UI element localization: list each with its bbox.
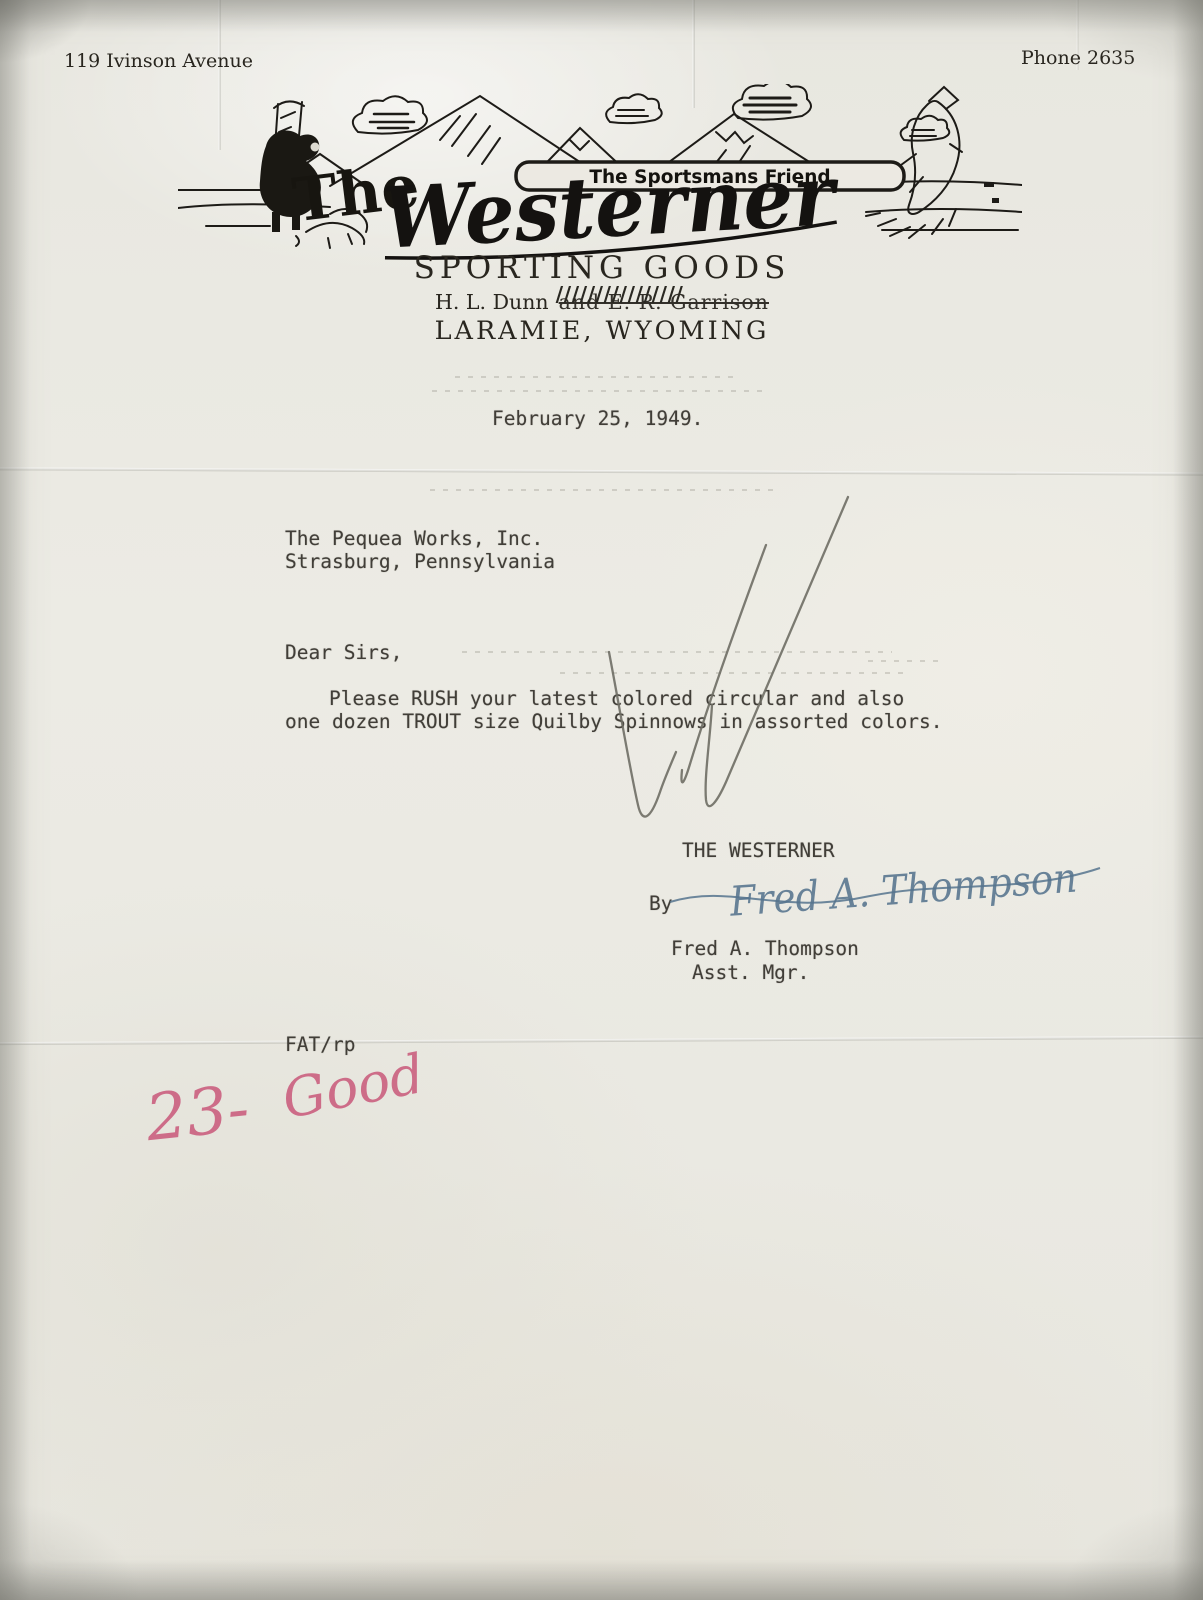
recipient-line-1: The Pequea Works, Inc. (285, 527, 543, 550)
pencil-checkmark (560, 470, 880, 830)
letterhead-subtitle: SPORTING GOODS (160, 250, 1044, 286)
letterhead-city-state: LARAMIE, WYOMING (160, 316, 1044, 346)
letterhead-street-address: 119 Ivinson Avenue (64, 50, 253, 72)
red-annotation-number: 23- (143, 1077, 252, 1151)
salutation: Dear Sirs, (285, 641, 402, 664)
signer-title: Asst. Mgr. (692, 961, 809, 984)
letterhead-script-name: Westerner (380, 145, 842, 262)
letterhead-proprietor-line: H. L. Dunnand E. R. Garrison////////////… (160, 290, 1044, 314)
recipient-line-2: Strasburg, Pennsylvania (285, 550, 555, 573)
signer-typed-name: Fred A. Thompson (671, 937, 859, 960)
letterhead-banner-text: The Sportsmans Friend (589, 167, 830, 188)
reference-initials: FAT/rp (285, 1033, 355, 1056)
letterhead-phone: Phone 2635 (1021, 47, 1135, 69)
letter-date: February 25, 1949. (492, 407, 703, 430)
letterhead-artwork: The Westerner The Sportsmans Friend (178, 84, 1022, 262)
signature-name-script: Fred A. Thompson (727, 854, 1078, 926)
letter-photo: 119 Ivinson Avenue Phone 2635 (0, 0, 1203, 1600)
clouds-icon (353, 84, 949, 141)
struck-text: and E. R. Garrison//////////////// (559, 290, 769, 314)
proprietor-name: H. L. Dunn (435, 290, 549, 314)
